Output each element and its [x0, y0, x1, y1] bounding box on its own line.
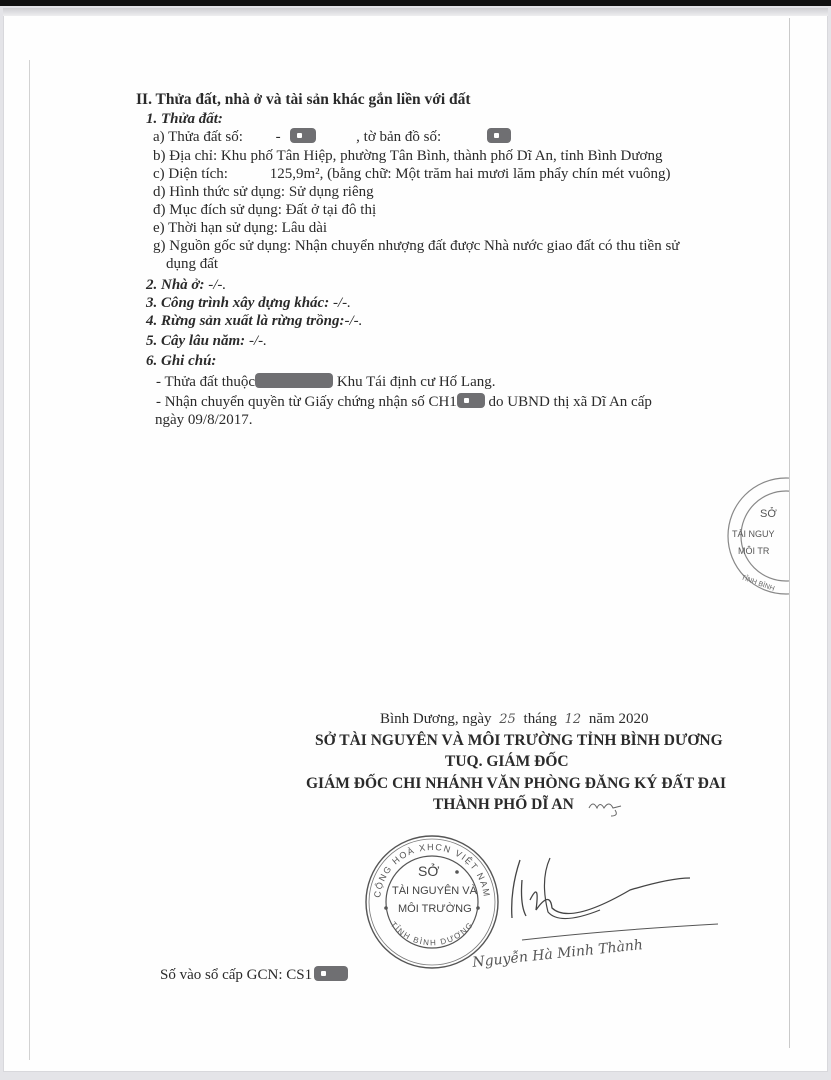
note-1: - Thửa đất thuộc Khu Tái định cư Hố Lang…: [156, 373, 496, 391]
issuing-organization: SỞ TÀI NGUYÊN VÀ MÔI TRƯỜNG TỈNH BÌNH DƯ…: [315, 732, 723, 750]
signature-icon: [490, 850, 720, 930]
usage-origin-row-cont: dụng đất: [166, 255, 218, 273]
usage-origin-row: g) Nguồn gốc sử dụng: Nhận chuyển nhượng…: [153, 237, 679, 255]
date-month-label: tháng: [524, 711, 557, 727]
side-seal-line2: TÀI NGUY: [732, 525, 775, 543]
plot-number-label: a) Thửa đất số:: [153, 129, 243, 145]
redacted-area-name: [255, 373, 333, 388]
land-plot-heading: 1. Thửa đất:: [146, 110, 223, 128]
area-value: 125,9m², (bằng chữ: Một trăm hai mươi lă…: [270, 166, 671, 182]
other-construction-value: -/-.: [329, 295, 351, 311]
note-2-date: ngày 09/8/2017.: [155, 411, 253, 429]
signer-title-line1: GIÁM ĐỐC CHI NHÁNH VĂN PHÒNG ĐĂNG KÝ ĐẤT…: [306, 775, 726, 793]
date-day: 25: [499, 712, 516, 727]
house-heading: 2. Nhà ở:: [146, 277, 204, 293]
seal-line3: MÔI TRƯỜNG: [398, 900, 472, 918]
seal-line2: TÀI NGUYÊN VÀ: [392, 882, 477, 900]
issue-date: Bình Dương, ngày 25 tháng 12 năm 2020: [380, 710, 648, 729]
date-year: năm 2020: [589, 711, 649, 727]
perennial-trees-heading: 5. Cây lâu năm:: [146, 333, 245, 349]
svg-text:TỈNH BÌNH DƯƠNG: TỈNH BÌNH DƯƠNG: [389, 920, 476, 948]
initials-mark-icon: [585, 796, 635, 818]
note-2-prefix: - Nhận chuyển quyền từ Giấy chứng nhận s…: [156, 394, 457, 410]
on-behalf-of: TUQ. GIÁM ĐỐC: [445, 753, 569, 771]
signer-title-line2: THÀNH PHỐ DĨ AN: [433, 796, 574, 814]
registry-number: Số vào sổ cấp GCN: CS1: [160, 966, 348, 984]
note-1-prefix: - Thửa đất thuộc: [156, 374, 255, 390]
side-seal-line1: SỞ: [760, 505, 777, 523]
redacted-map-sheet: [487, 128, 511, 143]
redacted-certificate-number: [457, 393, 485, 408]
section-title: II. Thửa đất, nhà ở và tài sản khác gắn …: [136, 91, 471, 109]
registry-label: Số vào sổ cấp GCN: CS1: [160, 967, 312, 983]
production-forest-value: -/-.: [344, 313, 362, 329]
other-construction-heading: 3. Công trình xây dựng khác:: [146, 295, 329, 311]
date-month: 12: [565, 712, 582, 727]
notes-heading: 6. Ghi chú:: [146, 352, 216, 370]
note-2: - Nhận chuyển quyền từ Giấy chứng nhận s…: [156, 393, 652, 411]
production-forest-row: 4. Rừng sản xuất là rừng trồng:-/-.: [146, 312, 362, 330]
note-1-suffix: Khu Tái định cư Hố Lang.: [333, 374, 495, 390]
other-construction-row: 3. Công trình xây dựng khác: -/-.: [146, 294, 351, 312]
plot-number-row: a) Thửa đất số: - , tờ bản đồ số:: [153, 128, 511, 146]
seal-ring-bottom: TỈNH BÌNH DƯƠNG: [389, 920, 476, 948]
usage-form-row: d) Hình thức sử dụng: Sử dụng riêng: [153, 183, 374, 201]
seal-line1: SỞ: [418, 862, 439, 880]
plot-number-prefix: -: [247, 128, 281, 146]
production-forest-heading: 4. Rừng sản xuất là rừng trồng:: [146, 313, 344, 329]
area-label: c) Diện tích:: [153, 166, 228, 182]
map-sheet-label: , tờ bản đồ số:: [356, 129, 441, 145]
usage-term-row: e) Thời hạn sử dụng: Lâu dài: [153, 219, 327, 237]
side-seal-line3: MÔI TR: [738, 542, 769, 560]
redacted-plot-number: [290, 128, 316, 143]
address-row: b) Địa chỉ: Khu phố Tân Hiệp, phường Tân…: [153, 147, 662, 165]
house-row: 2. Nhà ở: -/-.: [146, 276, 226, 294]
house-value: -/-.: [204, 277, 226, 293]
area-row: c) Diện tích: 125,9m², (bằng chữ: Một tr…: [153, 165, 670, 183]
usage-purpose-row: đ) Mục đích sử dụng: Đất ở tại đô thị: [153, 201, 376, 219]
perennial-trees-row: 5. Cây lâu năm: -/-.: [146, 332, 267, 350]
note-2-suffix: do UBND thị xã Dĩ An cấp: [485, 394, 652, 410]
redacted-registry-number: [314, 966, 348, 981]
date-prefix: Bình Dương, ngày: [380, 711, 491, 727]
perennial-trees-value: -/-.: [245, 333, 267, 349]
document-content: II. Thửa đất, nhà ở và tài sản khác gắn …: [0, 0, 831, 1080]
